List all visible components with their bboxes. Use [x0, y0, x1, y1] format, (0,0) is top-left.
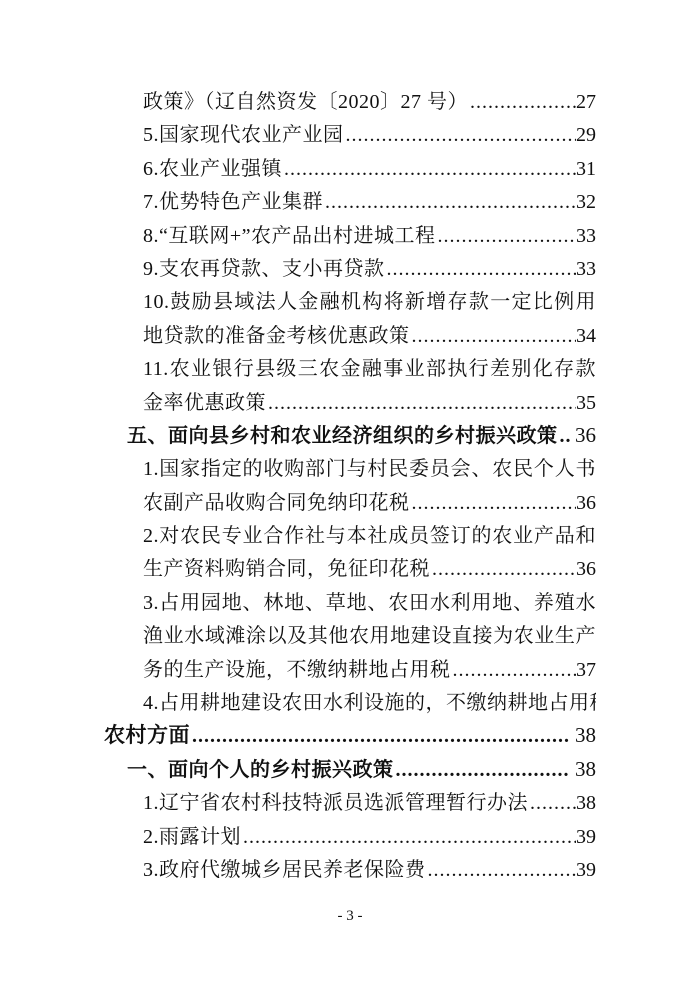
toc-entry: 生产资料购销合同，免征印花税 36: [104, 552, 596, 585]
toc-entry-text: 6.农业产业强镇: [143, 152, 282, 181]
dotted-leader: [470, 91, 576, 114]
toc-entry-page-number: 33: [576, 225, 596, 248]
dotted-leader: [268, 392, 576, 415]
dotted-leader: [243, 826, 576, 849]
toc-entry-text: 地贷款的准备金考核优惠政策: [143, 319, 410, 348]
toc-entry: 地贷款的准备金考核优惠政策 34: [104, 319, 596, 352]
toc-entry: 金率优惠政策 35: [104, 386, 596, 419]
toc-entry-page-number: 36: [576, 492, 596, 515]
toc-entry: 3.占用园地、林地、草地、农田水利用地、养殖水面、: [104, 586, 596, 619]
dotted-leader: [453, 659, 577, 682]
toc-entry-text: 一、面向个人的乡村振兴政策: [127, 753, 394, 782]
dotted-leader: [438, 225, 576, 248]
toc-entry: 1.辽宁省农村科技特派员选派管理暂行办法 38: [104, 786, 596, 819]
dotted-leader: [325, 191, 576, 214]
toc-entry-page-number: 38: [570, 723, 596, 748]
toc-entry: 渔业水域滩涂以及其他农用地建设直接为农业生产服: [104, 619, 596, 652]
toc-entry-text: 3.政府代缴城乡居民养老保险费: [143, 853, 426, 882]
toc-entry-page-number: 33: [576, 258, 596, 281]
toc-entry-text: 务的生产设施，不缴纳耕地占用税: [143, 653, 451, 682]
toc-entry-page-number: 29: [576, 124, 596, 147]
toc-entry-text: 五、面向县乡村和农业经济组织的乡村振兴政策: [127, 419, 558, 448]
dotted-leader: [432, 558, 576, 581]
toc-entry-text: 农村方面: [104, 719, 190, 749]
toc-entry-text: 3.占用园地、林地、草地、农田水利用地、养殖水面、: [143, 586, 596, 619]
dotted-leader: [428, 859, 577, 882]
toc-entry-page-number: 32: [576, 191, 596, 214]
toc-list: 政策》（辽自然资发〔2020〕27 号） 27 5.国家现代农业产业园 29 6…: [104, 85, 596, 886]
dotted-leader: [560, 425, 571, 448]
document-page: 政策》（辽自然资发〔2020〕27 号） 27 5.国家现代农业产业园 29 6…: [0, 0, 700, 990]
dotted-leader: [346, 124, 577, 147]
toc-entry-text: 1.辽宁省农村科技特派员选派管理暂行办法: [143, 786, 528, 815]
toc-entry-page-number: 35: [576, 392, 596, 415]
toc-entry: 5.国家现代农业产业园 29: [104, 118, 596, 151]
dotted-leader: [412, 492, 577, 515]
toc-entry: 农副产品收购合同免纳印花税 36: [104, 486, 596, 519]
toc-entry-page-number: 38: [570, 757, 596, 782]
toc-entry-page-number: 31: [576, 158, 596, 181]
toc-entry-text: 8.“互联网+”农产品出村进城工程: [143, 219, 436, 248]
toc-entry: 4.占用耕地建设农田水利设施的，不缴纳耕地占用税 37: [104, 686, 596, 719]
toc-entry: 6.农业产业强镇 31: [104, 152, 596, 185]
toc-entry-text: 生产资料购销合同，免征印花税: [143, 552, 430, 581]
toc-entry-page-number: 34: [576, 325, 596, 348]
toc-entry: 10.鼓励县域法人金融机构将新增存款一定比例用于当: [104, 285, 596, 318]
toc-entry: 2.对农民专业合作社与本社成员签订的农业产品和农业: [104, 519, 596, 552]
toc-entry-page-number: 36: [576, 558, 596, 581]
toc-entry-text: 农副产品收购合同免纳印花税: [143, 486, 410, 515]
toc-entry-text: 9.支农再贷款、支小再贷款: [143, 252, 385, 281]
toc-entry-text: 11.农业银行县级三农金融事业部执行差别化存款准备: [143, 352, 596, 385]
footer-page-number: - 3 -: [0, 908, 700, 925]
toc-entry-page-number: 37: [576, 659, 596, 682]
toc-entry-text: 1.国家指定的收购部门与村民委员会、农民个人书立的: [143, 452, 596, 485]
toc-entry-page-number: 39: [576, 826, 596, 849]
toc-entry-page-number: 38: [576, 792, 596, 815]
toc-entry: 11.农业银行县级三农金融事业部执行差别化存款准备: [104, 352, 596, 385]
toc-entry-text: 政策》（辽自然资发〔2020〕27 号）: [143, 85, 468, 114]
toc-entry: 3.政府代缴城乡居民养老保险费 39: [104, 853, 596, 886]
toc-entry: 务的生产设施，不缴纳耕地占用税 37: [104, 653, 596, 686]
toc-entry-text: 5.国家现代农业产业园: [143, 118, 344, 147]
toc-entry: 8.“互联网+”农产品出村进城工程 33: [104, 219, 596, 252]
toc-entry: 2.雨露计划 39: [104, 820, 596, 853]
toc-entry: 五、面向县乡村和农业经济组织的乡村振兴政策 36: [104, 419, 596, 452]
dotted-leader: [284, 158, 576, 181]
toc-entry-page-number: 36: [570, 423, 596, 448]
toc-entry: 1.国家指定的收购部门与村民委员会、农民个人书立的: [104, 452, 596, 485]
toc-entry: 9.支农再贷款、支小再贷款 33: [104, 252, 596, 285]
dotted-leader: [412, 325, 577, 348]
toc-entry-text: 10.鼓励县域法人金融机构将新增存款一定比例用于当: [143, 285, 596, 318]
toc-entry: 政策》（辽自然资发〔2020〕27 号） 27: [104, 85, 596, 118]
toc-entry-text: 7.优势特色产业集群: [143, 185, 323, 214]
toc-entry: 一、面向个人的乡村振兴政策 38: [104, 753, 596, 786]
toc-entry-text: 2.雨露计划: [143, 820, 241, 849]
toc-entry-page-number: 27: [576, 91, 596, 114]
toc-entry-text: 4.占用耕地建设农田水利设施的，不缴纳耕地占用税: [143, 686, 596, 715]
dotted-leader: [530, 792, 576, 815]
dotted-leader: [192, 725, 570, 748]
toc-entry-text: 2.对农民专业合作社与本社成员签订的农业产品和农业: [143, 519, 596, 552]
toc-entry-text: 渔业水域滩涂以及其他农用地建设直接为农业生产服: [143, 619, 596, 652]
toc-entry-text: 金率优惠政策: [143, 386, 266, 415]
toc-entry: 农村方面 38: [104, 719, 596, 752]
toc-entry: 7.优势特色产业集群 32: [104, 185, 596, 218]
dotted-leader: [387, 258, 577, 281]
dotted-leader: [396, 759, 571, 782]
toc-entry-page-number: 39: [576, 859, 596, 882]
